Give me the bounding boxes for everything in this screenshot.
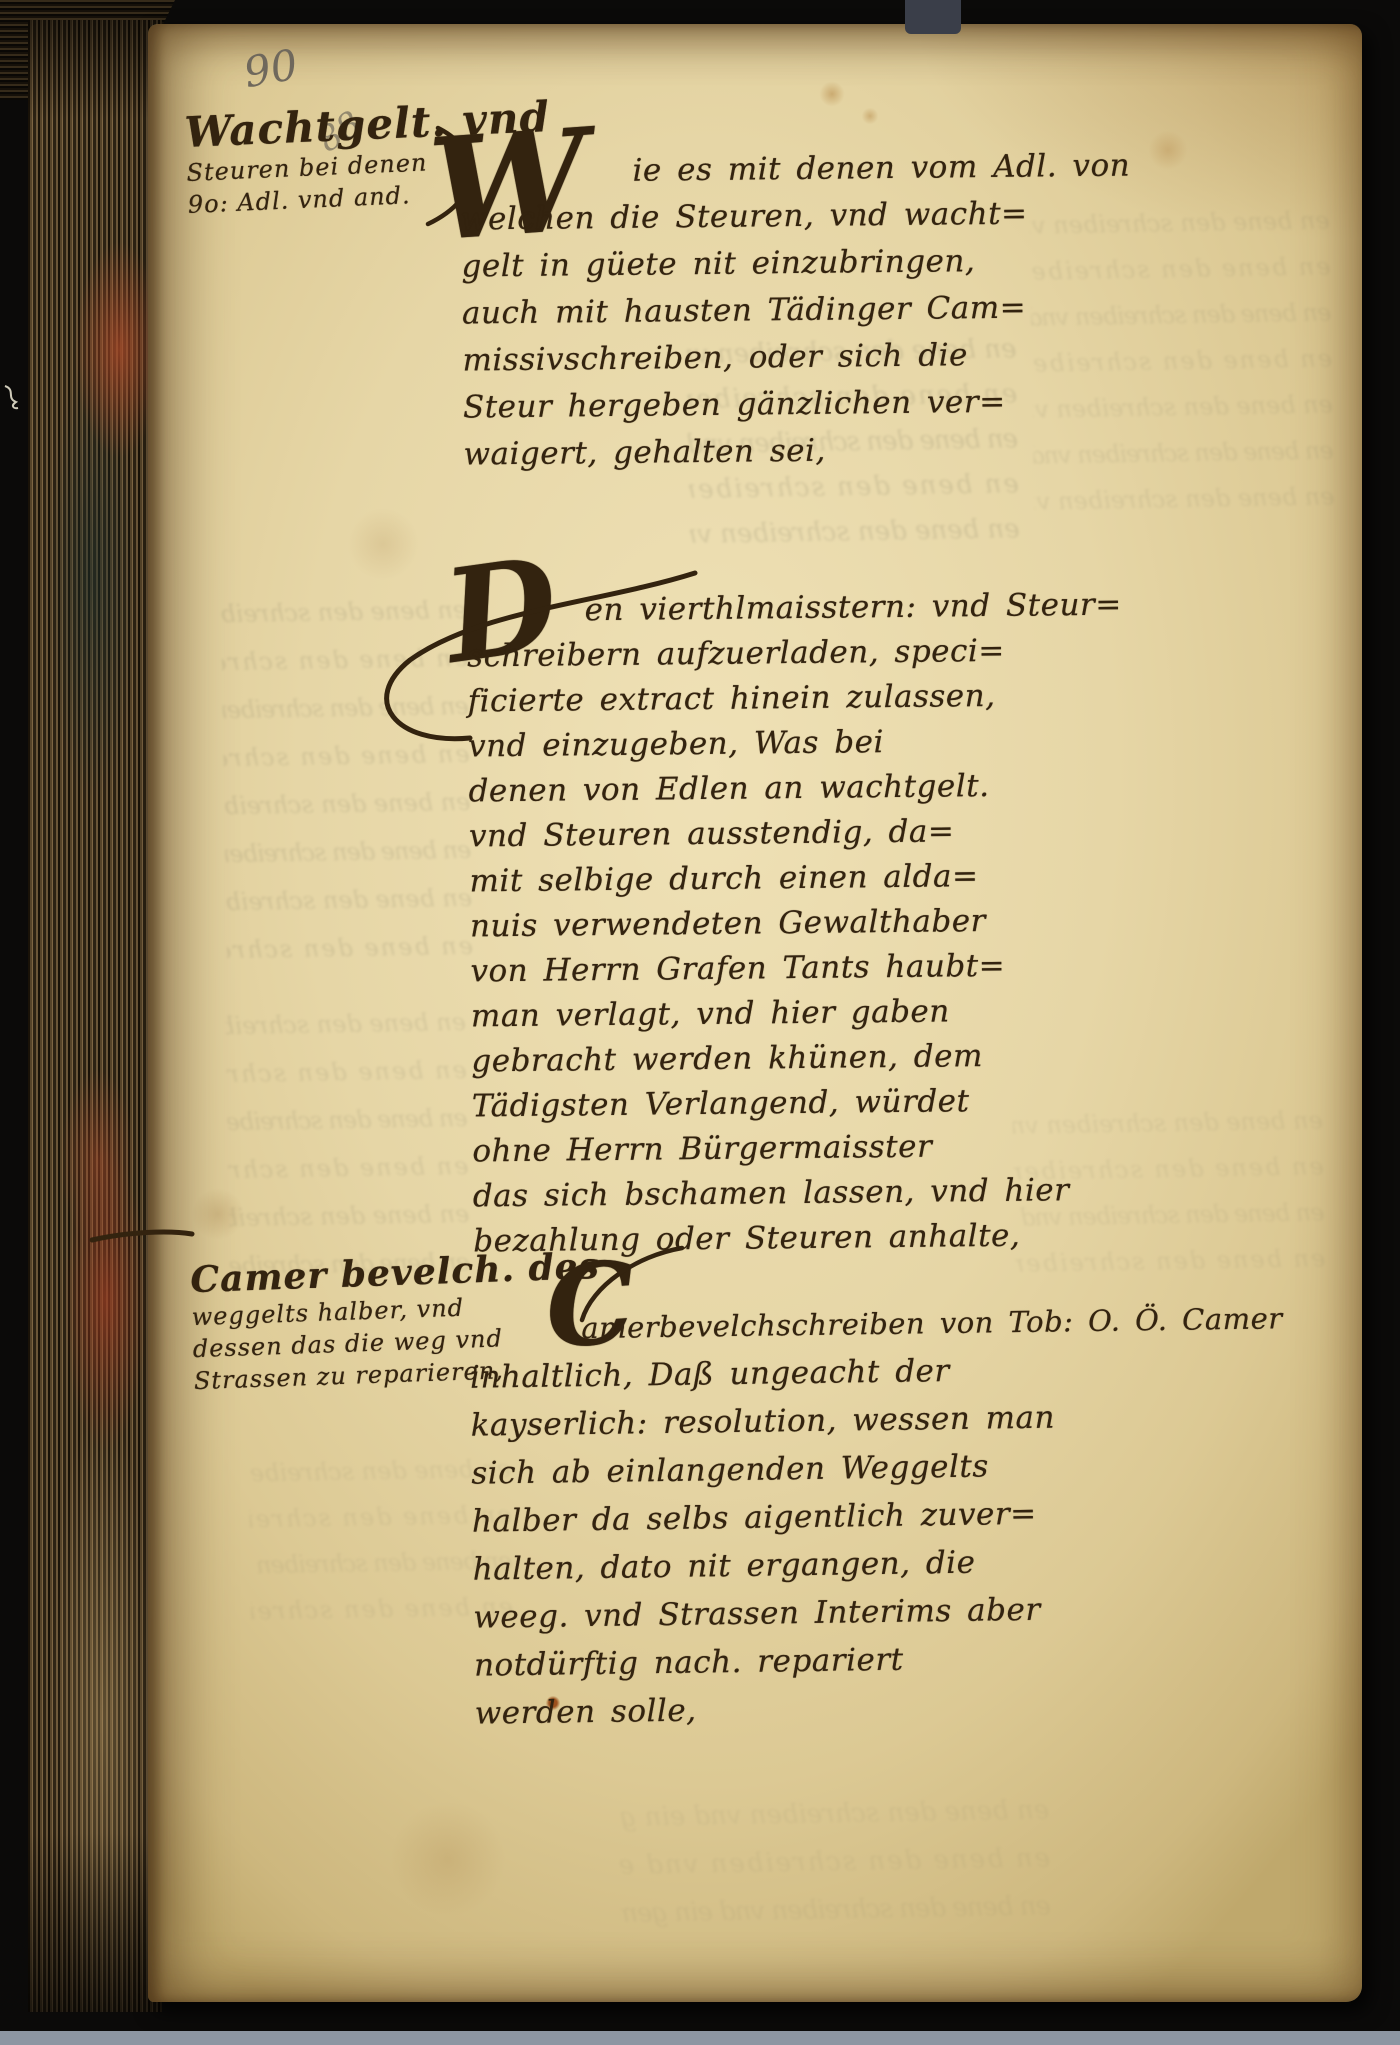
bleedthrough-text: en bene den schreiben vnd ein gem ein de… — [226, 998, 471, 1290]
manuscript-line: waigert, gehalten sei, — [463, 424, 1133, 478]
manuscript-line: gelt in güete nit einzubringen, — [461, 236, 1131, 290]
paragraph-1: ie es mit denen vom Adl. von welchen die… — [460, 143, 1133, 479]
manuscript-line: en vierthlmaisstern: vnd Steur= — [466, 583, 1122, 635]
manuscript-line: Tädigsten Verlangend, würdet — [472, 1078, 1128, 1130]
manuscript-line: vnd einzugeben, Was bei — [468, 718, 1124, 770]
manuscript-line: mit selbige durch einen alda= — [469, 853, 1125, 905]
manuscript-line: schreibern aufzuerladen, speci= — [467, 628, 1123, 680]
table-edge-strip — [0, 2031, 1400, 2045]
margin-flourish-stroke — [88, 1222, 198, 1248]
manuscript-line: ficierte extract hinein zulassen, — [467, 673, 1123, 725]
manuscript-line: ohne Herrn Bürgermaisster — [472, 1123, 1128, 1175]
manuscript-photo: en bene den schreiben vnd ein gem ein de… — [0, 0, 1400, 2045]
folio-number: 90 — [240, 40, 301, 98]
edge-scratch-mark — [2, 382, 22, 412]
manuscript-line: missivschreiben, oder sich die — [462, 330, 1132, 384]
manuscript-line: gebracht werden khünen, dem — [471, 1033, 1127, 1085]
manuscript-line: nuis verwendeten Gewalthaber — [470, 898, 1126, 950]
manuscript-line: welchen die Steuren, vnd wacht= — [461, 190, 1131, 244]
manuscript-line: man verlagt, vnd hier gaben — [471, 988, 1127, 1040]
paragraph-2: en vierthlmaisstern: vnd Steur= schreibe… — [466, 583, 1128, 1265]
manuscript-line: denen von Edlen an wachtgelt. — [468, 763, 1124, 815]
top-dark-tab — [905, 0, 961, 34]
book-fore-edge — [28, 20, 162, 2012]
manuscript-line: von Herrn Grafen Tants haubt= — [470, 943, 1126, 995]
manuscript-line: das sich bschamen lassen, vnd hier — [473, 1168, 1129, 1220]
bleedthrough-text: en bene den schreiben vnd ein gem ein de… — [619, 1786, 1051, 1937]
manuscript-line: Steur hergeben gänzlichen ver= — [463, 377, 1133, 431]
paragraph-3: amerbevelchschreiben von Tob: O. Ö. Came… — [469, 1294, 1288, 1737]
manuscript-line: auch mit hausten Tädinger Cam= — [462, 283, 1132, 337]
manuscript-line: ie es mit denen vom Adl. von — [460, 143, 1130, 197]
manuscript-line: vnd Steuren ausstendig, da= — [469, 808, 1125, 860]
